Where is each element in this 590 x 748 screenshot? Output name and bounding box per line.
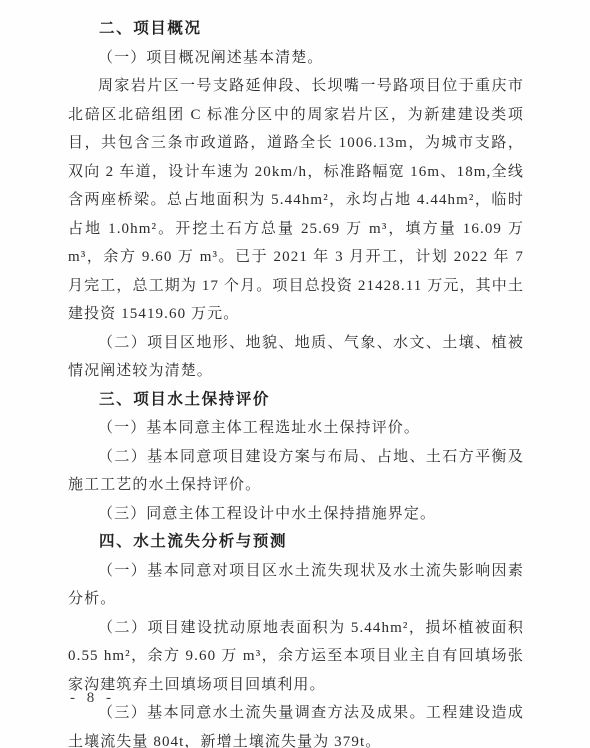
page-number: - 8 - <box>70 690 115 707</box>
paragraph: （一）项目概况阐述基本清楚。 <box>68 44 524 73</box>
paragraph: （二）项目建设扰动原地表面积为 5.44hm²，损坏植被面积 0.55 hm²，… <box>68 614 524 700</box>
section-heading-project-overview: 二、项目概况 <box>68 15 524 44</box>
paragraph: （三）基本同意水土流失量调查方法及成果。工程建设造成土壤流失量 804t，新增土… <box>68 699 524 748</box>
paragraph: （二）项目区地形、地貌、地质、气象、水文、土壤、植被情况阐述较为清楚。 <box>68 329 524 386</box>
paragraph: （三）同意主体工程设计中水土保持措施界定。 <box>68 500 524 529</box>
paragraph: （一）基本同意主体工程选址水土保持评价。 <box>68 414 524 443</box>
document-page: 二、项目概况 （一）项目概况阐述基本清楚。 周家岩片区一号支路延伸段、长坝嘴一号… <box>0 0 590 748</box>
paragraph: （二）基本同意项目建设方案与布局、占地、土石方平衡及施工工艺的水土保持评价。 <box>68 443 524 500</box>
section-heading-soil-erosion-analysis: 四、水土流失分析与预测 <box>68 528 524 557</box>
section-heading-soil-water-evaluation: 三、项目水土保持评价 <box>68 386 524 415</box>
paragraph: （一）基本同意对项目区水土流失现状及水土流失影响因素分析。 <box>68 557 524 614</box>
document-body: 二、项目概况 （一）项目概况阐述基本清楚。 周家岩片区一号支路延伸段、长坝嘴一号… <box>68 15 524 748</box>
paragraph: 周家岩片区一号支路延伸段、长坝嘴一号路项目位于重庆市北碚区北碚组团 C 标准分区… <box>68 72 524 329</box>
